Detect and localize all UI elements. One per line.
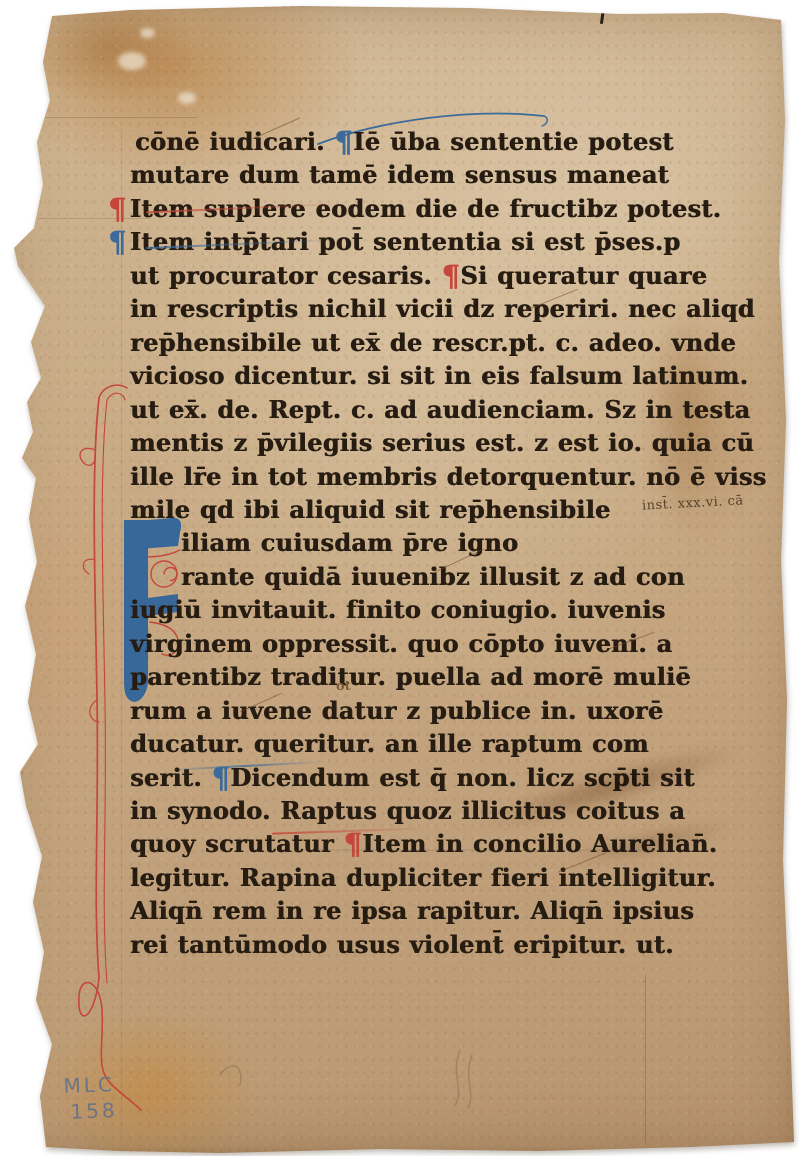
- text-line-17: parentibz traditur. puella ad morē muliē: [130, 662, 691, 692]
- text-line-7: rep̄hensibile ut ex̄ de rescr.pt. c. ade…: [130, 328, 736, 358]
- text-line-5: ut procurator cesaris. ¶Si queratur quar…: [130, 261, 707, 291]
- line-text: mutare dum tamē idem sensus maneat: [130, 160, 669, 189]
- text-line-8: vicioso dicentur. si sit in eis falsum l…: [130, 361, 748, 391]
- line-text: mentis z p̄vilegiis serius est. z est io…: [130, 428, 754, 457]
- line-text: mile qd ibi aliquid sit rep̄hensibile: [130, 495, 610, 524]
- line-text: virginem oppressit. quo cōpto iuveni. a: [130, 629, 672, 658]
- text-line-25: rei tantūmodo usus violent̄ eripitur. ut…: [130, 930, 674, 960]
- leaf-shadow: cōnē iudicari. ¶Iē ūba sententie potestm…: [0, 0, 800, 1156]
- parchment-leaf: cōnē iudicari. ¶Iē ūba sententie potestm…: [0, 0, 800, 1156]
- text-block: cōnē iudicari. ¶Iē ūba sententie potestm…: [0, 0, 800, 1156]
- text-line-1: cōnē iudicari. ¶Iē ūba sententie potest: [135, 127, 674, 157]
- line-text: vicioso dicentur. si sit in eis falsum l…: [130, 361, 748, 390]
- text-line-18: rum a iuvene datur z publice in. uxorē: [130, 696, 663, 726]
- line-text: parentibz traditur. puella ad morē muliē: [130, 662, 691, 691]
- line-text: ut procurator cesaris.: [130, 261, 442, 290]
- text-line-16: virginem oppressit. quo cōpto iuveni. a: [130, 629, 672, 659]
- line-text: rei tantūmodo usus violent̄ eripitur. ut…: [130, 930, 674, 959]
- line-text: ut ex̄. de. Rept. c. ad audienciam. Sz i…: [130, 395, 750, 424]
- line-text: rum a iuvene datur z publice in. uxorē: [130, 696, 663, 725]
- pencil-squiggles: [200, 1030, 520, 1130]
- line-text: in rescriptis nichil vicii dz reperiri. …: [130, 294, 755, 323]
- text-line-6: in rescriptis nichil vicii dz reperiri. …: [130, 294, 755, 324]
- shelfmark: MLC 158: [63, 1071, 118, 1125]
- text-line-12: mile qd ibi aliquid sit rep̄hensibile: [130, 495, 610, 525]
- line-text: rep̄hensibile ut ex̄ de rescr.pt. c. ade…: [130, 328, 736, 357]
- text-line-2: mutare dum tamē idem sensus maneat: [130, 160, 669, 190]
- text-line-10: mentis z p̄vilegiis serius est. z est io…: [130, 428, 754, 458]
- text-line-23: legitur. Rapina dupliciter fieri intelli…: [130, 863, 716, 893]
- line-text: legitur. Rapina dupliciter fieri intelli…: [130, 863, 716, 892]
- text-line-19: ducatur. queritur. an ille raptum com: [130, 729, 649, 759]
- line-text: Iē ūba sententie potest: [353, 127, 674, 156]
- line-text: cōnē iudicari.: [135, 127, 334, 156]
- line-text: ille lr̄e in tot membris detorquentur. n…: [130, 462, 766, 491]
- text-line-15: iugiū invitauit. finito coniugio. iuveni…: [130, 595, 665, 625]
- line-text: ducatur. queritur. an ille raptum com: [130, 729, 649, 758]
- line-text: rante quidā iuuenibz illusit z ad con: [181, 562, 685, 591]
- paraph-mark-blue: ¶: [108, 225, 127, 259]
- text-line-14: rante quidā iuuenibz illusit z ad con: [181, 562, 685, 592]
- text-line-11: ille lr̄e in tot membris detorquentur. n…: [130, 462, 766, 492]
- line-text: quoy scrutatur: [130, 829, 343, 858]
- interlinear-correction: ot: [336, 679, 351, 694]
- paraph-mark-red: ¶: [108, 192, 127, 226]
- text-line-4: ¶Item intp̄tari pot̄ sententia si est p̄…: [130, 227, 680, 257]
- line-text: iugiū invitauit. finito coniugio. iuveni…: [130, 595, 665, 624]
- paraph-mark-red: ¶: [442, 259, 461, 293]
- line-text: Si queratur quare: [460, 261, 707, 290]
- line-text: iliam cuiusdam p̄re igno: [181, 528, 518, 557]
- text-line-13: iliam cuiusdam p̄re igno: [181, 528, 518, 558]
- paraph-mark-blue: ¶: [334, 125, 353, 159]
- line-text: Item intp̄tari pot̄ sententia si est p̄s…: [130, 227, 681, 256]
- text-line-9: ut ex̄. de. Rept. c. ad audienciam. Sz i…: [130, 395, 750, 425]
- shelfmark-number: 158: [70, 1097, 118, 1125]
- text-line-24: Aliqn̄ rem in re ipsa rapitur. Aliqn̄ ip…: [130, 896, 694, 926]
- line-text: Aliqn̄ rem in re ipsa rapitur. Aliqn̄ ip…: [130, 896, 694, 925]
- shelfmark-letters: MLC: [63, 1071, 117, 1099]
